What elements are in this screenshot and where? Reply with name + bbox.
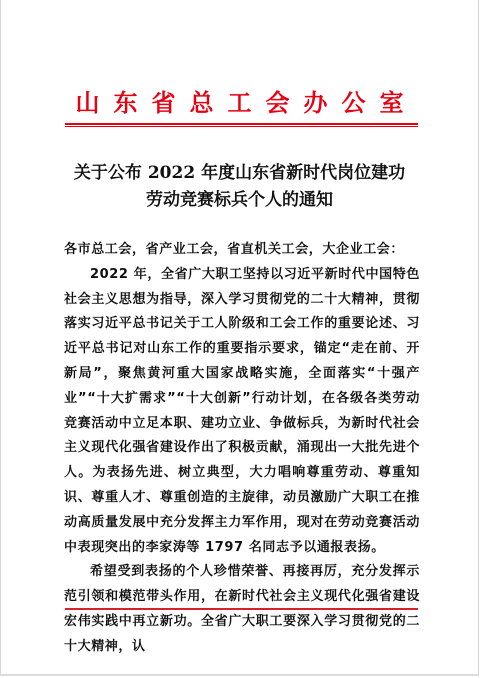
salutation: 各市总工会，省产业工会，省直机关工会，大企业工会：: [64, 238, 420, 263]
paragraph-1: 2022 年，全省广大职工坚持以习近平新时代中国特色社会主义思想为指导，深入学习…: [64, 263, 420, 561]
document-title: 关于公布 2022 年度山东省新时代岗位建功 劳动竞赛标兵个人的通知: [1, 160, 478, 214]
masthead-double-rule: [65, 123, 418, 127]
document-body: 各市总工会，省产业工会，省直机关工会，大企业工会： 2022 年，全省广大职工坚…: [64, 238, 420, 660]
masthead-org-name: 山东省总工会办公室: [1, 88, 478, 118]
title-line-1: 关于公布 2022 年度山东省新时代岗位建功: [1, 160, 478, 187]
footer-rule: [65, 608, 418, 610]
document-page: 山东省总工会办公室 关于公布 2022 年度山东省新时代岗位建功 劳动竞赛标兵个…: [0, 0, 479, 676]
title-line-2: 劳动竞赛标兵个人的通知: [1, 187, 478, 214]
